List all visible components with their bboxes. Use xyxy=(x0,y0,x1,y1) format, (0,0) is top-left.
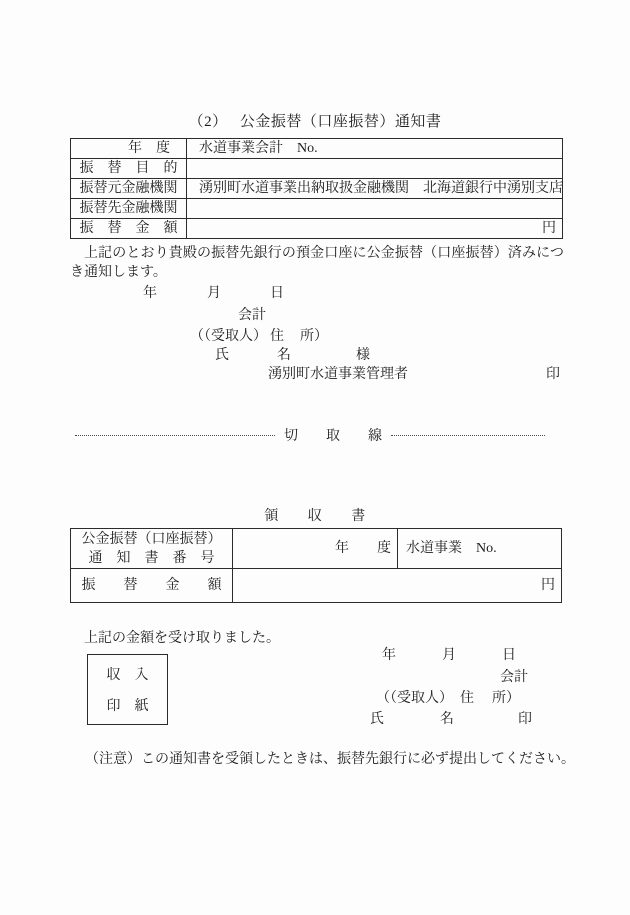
notice-day-label: 日 xyxy=(270,285,284,302)
revenue-stamp-box: 収 入 印 紙 xyxy=(87,654,168,725)
table-row: 振 替 目 的 xyxy=(71,159,563,179)
cut-line-label: 切 取 線 xyxy=(284,425,382,445)
receipt-fiscal-year-label: 年 度 xyxy=(233,529,398,569)
notice-year-label: 年 xyxy=(143,285,157,302)
notice-body-text: 上記のとおり貴殿の振替先銀行の預金口座に公金振替（口座振替）済みにつき通知します… xyxy=(70,244,564,282)
transfer-purpose-value xyxy=(187,159,563,179)
footer-note: （注意）この通知書を受領したときは、振替先銀行に必ず提出してください。 xyxy=(85,748,575,768)
receipt-day-label: 日 xyxy=(502,647,516,664)
receipt-name-first-label: 名 xyxy=(440,711,454,728)
notice-seal-label: 印 xyxy=(546,366,560,383)
table-row: 振替先金融機関 xyxy=(71,199,563,219)
source-institution-label: 振替元金融機関 xyxy=(71,179,187,199)
transfer-amount-label: 振 替 金 額 xyxy=(71,219,187,239)
receipt-notice-number-label: 公金振替（口座振替） 通 知 書 番 号 xyxy=(71,529,233,569)
fiscal-year-label: 年 度 xyxy=(71,139,187,159)
notice-title: （2） 公金振替（口座振替）通知書 xyxy=(0,110,630,131)
receipt-amount-unit: 円 xyxy=(233,569,562,603)
receipt-year-label: 年 xyxy=(382,647,396,664)
notice-recipient-label: （（受取人） xyxy=(190,328,267,345)
table-row: 振 替 金 額 円 xyxy=(71,219,563,239)
receipt-table: 公金振替（口座振替） 通 知 書 番 号 年 度 水道事業 No. 振 替 金 … xyxy=(70,528,562,603)
transfer-purpose-label: 振 替 目 的 xyxy=(71,159,187,179)
receipt-seal-label: 印 xyxy=(518,711,532,728)
receipt-name-last-label: 氏 xyxy=(370,711,384,728)
notice-name-last-label: 氏 xyxy=(215,347,229,364)
stamp-box-line1: 収 入 xyxy=(107,664,149,684)
notice-address-close: 所） xyxy=(300,328,328,345)
destination-institution-label: 振替先金融機関 xyxy=(71,199,187,219)
receipt-recipient-label: （（受取人） xyxy=(376,690,453,707)
receipt-business-value: 水道事業 No. xyxy=(398,529,562,569)
receipt-address-label: 住 xyxy=(460,690,474,707)
table-row: 振 替 金 額 円 xyxy=(71,569,562,603)
receipt-received-text: 上記の金額を受け取りました。 xyxy=(84,627,280,647)
cut-line-left-segment xyxy=(75,435,275,436)
table-row: 振替元金融機関 湧別町水道事業出納取扱金融機関 北海道銀行中湧別支店 xyxy=(71,179,563,199)
source-institution-value: 湧別町水道事業出納取扱金融機関 北海道銀行中湧別支店 xyxy=(187,179,563,199)
receipt-address-close: 所） xyxy=(492,690,520,707)
table-row: 公金振替（口座振替） 通 知 書 番 号 年 度 水道事業 No. xyxy=(71,529,562,569)
stamp-box-line2: 印 紙 xyxy=(107,695,149,715)
cut-line-right-segment xyxy=(391,435,545,436)
form-page: （2） 公金振替（口座振替）通知書 年 度 水道事業会計 No. 振 替 目 的… xyxy=(0,0,630,915)
notice-issuer-name: 湧別町水道事業管理者 xyxy=(268,366,408,383)
destination-institution-value xyxy=(187,199,563,219)
table-row: 年 度 水道事業会計 No. xyxy=(71,139,563,159)
fiscal-year-value: 水道事業会計 No. xyxy=(187,139,563,159)
receipt-title: 領 収 書 xyxy=(0,505,630,525)
transfer-amount-unit: 円 xyxy=(187,219,563,239)
receipt-month-label: 月 xyxy=(442,647,456,664)
receipt-account-label: 会計 xyxy=(500,669,528,686)
notice-month-label: 月 xyxy=(207,285,221,302)
receipt-notice-number-line2: 通 知 書 番 号 xyxy=(71,549,232,568)
notice-honorific-label: 様 xyxy=(356,347,370,364)
notice-table: 年 度 水道事業会計 No. 振 替 目 的 振替元金融機関 湧別町水道事業出納… xyxy=(70,138,563,239)
receipt-notice-number-line1: 公金振替（口座振替） xyxy=(71,530,232,549)
notice-account-label: 会計 xyxy=(238,307,266,324)
receipt-amount-label: 振 替 金 額 xyxy=(71,569,233,603)
notice-address-label: 住 xyxy=(270,328,284,345)
notice-name-first-label: 名 xyxy=(277,347,291,364)
cut-line: 切 取 線 xyxy=(75,427,545,443)
